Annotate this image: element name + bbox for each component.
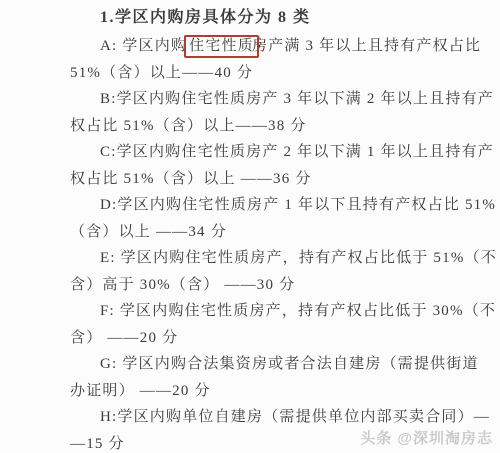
text-segment: 含）高于 30%（含） ——30 分 bbox=[70, 277, 295, 293]
text-segment: F: 学区内购住宅性质房产，持有产权占比低于 30%（不 bbox=[100, 303, 496, 319]
paragraph-line-C: 权占比 51%（含）以上 ——36 分 bbox=[70, 166, 470, 193]
text-segment: 房产满 3 年以上且持有产权占比 bbox=[252, 38, 481, 54]
paragraph-line-B: 权占比 51%（含）以上——38 分 bbox=[70, 113, 470, 140]
text-segment: 办证明） ——20 分 bbox=[70, 383, 211, 399]
text-segment: E: 学区内购住宅性质房产，持有产权占比低于 51%（不 bbox=[100, 250, 497, 266]
paragraph-line-G: 办证明） ——20 分 bbox=[70, 378, 470, 405]
document-page: 1.学区内购房具体分为 8 类 A: 学区内购住宅性质房产满 3 年以上且持有产… bbox=[0, 0, 500, 453]
paragraph-line-F: 含） ——20 分 bbox=[70, 325, 470, 352]
paragraph-line-E: 含）高于 30%（含） ——30 分 bbox=[70, 272, 470, 299]
text-segment: —15 分 bbox=[70, 436, 125, 452]
text-segment: C:学区内购住宅性质房产 2 年以下满 1 年以上且持有产 bbox=[100, 144, 494, 160]
text-segment: （含）以上 ——34 分 bbox=[70, 224, 227, 240]
paragraph-line-B: B:学区内购住宅性质房产 3 年以下满 2 年以上且持有产 bbox=[70, 86, 470, 113]
text-segment: 权占比 51%（含）以上 ——36 分 bbox=[70, 171, 312, 187]
paragraph-line-G: G: 学区内购合法集资房或者合法自建房（需提供街道 bbox=[70, 351, 470, 378]
text-segment: A: 学区内购 bbox=[100, 38, 187, 54]
paragraph-line-D: D:学区内购住宅性质房产 1 年以下且持有产权占比 51% bbox=[70, 192, 470, 219]
text-segment: B:学区内购住宅性质房产 3 年以下满 2 年以上且持有产 bbox=[100, 91, 494, 107]
document-content: 1.学区内购房具体分为 8 类 A: 学区内购住宅性质房产满 3 年以上且持有产… bbox=[0, 0, 500, 453]
red-annotation-box: 住宅性质 bbox=[184, 35, 259, 58]
document-title: 1.学区内购房具体分为 8 类 bbox=[100, 7, 470, 29]
paragraph-list: A: 学区内购住宅性质房产满 3 年以上且持有产权占比51%（含）以上——40 … bbox=[70, 33, 470, 453]
paragraph-line-F: F: 学区内购住宅性质房产，持有产权占比低于 30%（不 bbox=[70, 298, 470, 325]
text-segment: G: 学区内购合法集资房或者合法自建房（需提供街道 bbox=[100, 356, 479, 372]
paragraph-line-C: C:学区内购住宅性质房产 2 年以下满 1 年以上且持有产 bbox=[70, 139, 470, 166]
text-segment: D:学区内购住宅性质房产 1 年以下且持有产权占比 51% bbox=[100, 197, 496, 213]
text-segment: H:学区内购单位自建房（需提供单位内部买卖合同）— bbox=[100, 409, 490, 425]
text-segment: 含） ——20 分 bbox=[70, 330, 178, 346]
text-segment: 51%（含）以上——40 分 bbox=[70, 65, 253, 81]
paragraph-line-E: E: 学区内购住宅性质房产，持有产权占比低于 51%（不 bbox=[70, 245, 470, 272]
watermark-text: 头条 @深圳淘房志 bbox=[360, 427, 493, 448]
paragraph-line-A: 51%（含）以上——40 分 bbox=[70, 60, 470, 87]
text-segment: 权占比 51%（含）以上——38 分 bbox=[70, 118, 307, 134]
paragraph-line-A: A: 学区内购住宅性质房产满 3 年以上且持有产权占比 bbox=[70, 33, 470, 60]
paragraph-line-D: （含）以上 ——34 分 bbox=[70, 219, 470, 246]
